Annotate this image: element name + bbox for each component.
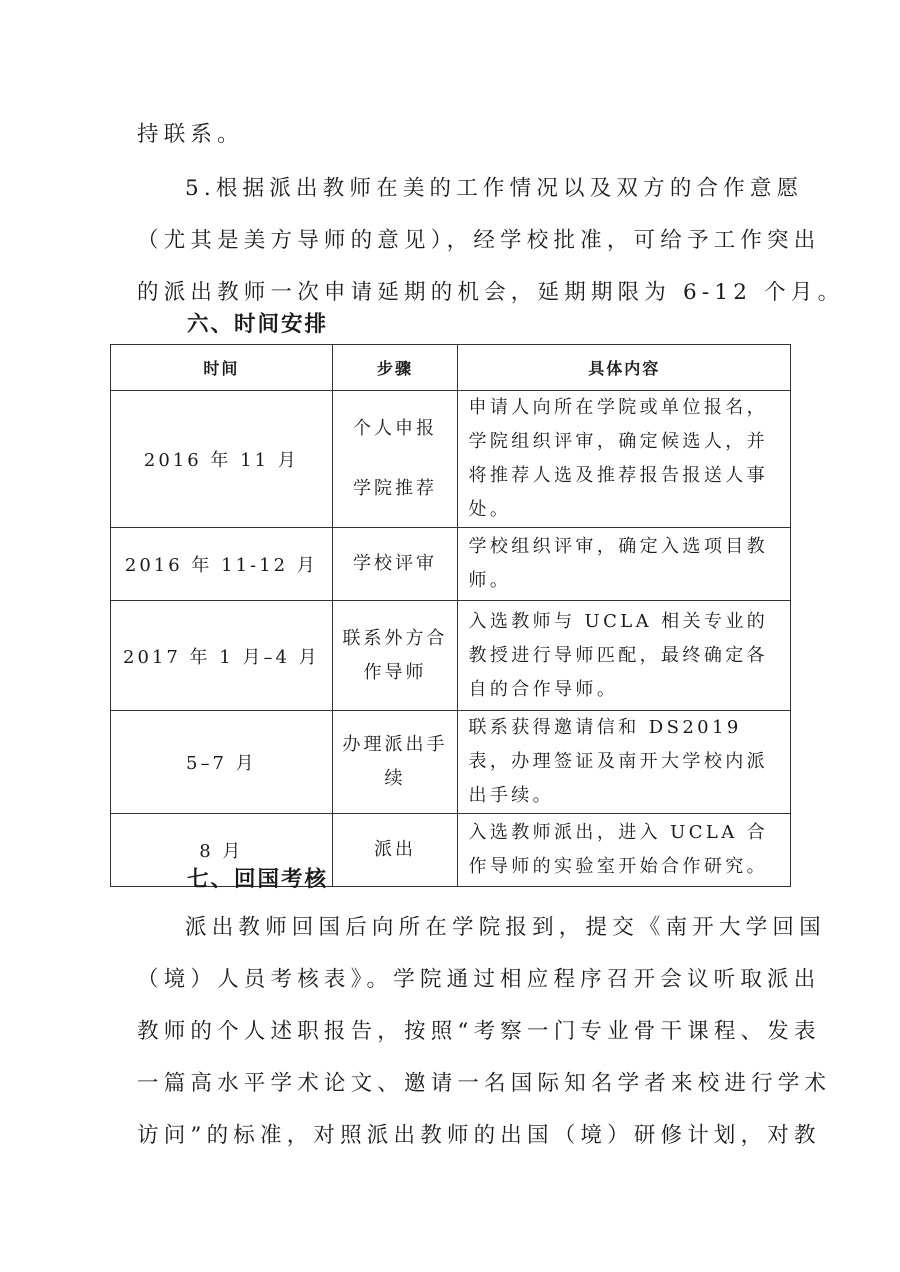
table-row: 2017 年 1 月–4 月 联系外方合 作导师 入选教师与 UCLA 相关专业… — [111, 601, 791, 711]
cell-time: 2016 年 11-12 月 — [111, 528, 333, 601]
cell-step: 联系外方合 作导师 — [332, 601, 458, 711]
schedule-table: 时间 步骤 具体内容 2016 年 11 月 个人申报 学院推荐 申请人向所在学… — [110, 344, 791, 887]
cell-time: 2016 年 11 月 — [111, 391, 333, 528]
table-header-row: 时间 步骤 具体内容 — [111, 345, 791, 391]
table-row: 2016 年 11-12 月 学校评审 学校组织评审，确定入选项目教师。 — [111, 528, 791, 601]
step-line: 联系外方合 — [333, 622, 458, 656]
cell-content: 入选教师与 UCLA 相关专业的教授进行导师匹配，最终确定各自的合作导师。 — [458, 601, 791, 711]
section-heading-return-assessment: 七、回国考核 — [187, 862, 328, 893]
paragraph-line: 5.根据派出教师在美的工作情况以及双方的合作意愿 — [185, 171, 803, 202]
cell-step: 办理派出手 续 — [332, 711, 458, 814]
paragraph-line: 派出教师回国后向所在学院报到，提交《南开大学回国 — [185, 910, 826, 941]
paragraph-line: 的派出教师一次申请延期的机会，延期期限为 6-12 个月。 — [137, 275, 844, 306]
cell-time: 5–7 月 — [111, 711, 333, 814]
step-line: 续 — [333, 762, 458, 796]
cell-content: 联系获得邀请信和 DS2019 表，办理签证及南开大学校内派出手续。 — [458, 711, 791, 814]
paragraph-line: 教师的个人述职报告，按照“考察一门专业骨干课程、发表 — [137, 1014, 821, 1045]
table-row: 2016 年 11 月 个人申报 学院推荐 申请人向所在学院或单位报名，学院组织… — [111, 391, 791, 528]
step-line: 办理派出手 — [333, 728, 458, 762]
paragraph-line: 访问”的标准，对照派出教师的出国（境）研修计划，对教 — [137, 1118, 821, 1149]
step-line: 个人申报 — [333, 399, 458, 459]
cell-time: 2017 年 1 月–4 月 — [111, 601, 333, 711]
section-heading-schedule: 六、时间安排 — [187, 307, 328, 338]
cell-step: 学校评审 — [332, 528, 458, 601]
step-line: 作导师 — [333, 656, 458, 690]
cell-step: 个人申报 学院推荐 — [332, 391, 458, 528]
cell-content: 学校组织评审，确定入选项目教师。 — [458, 528, 791, 601]
paragraph-line: （境）人员考核表》。学院通过相应程序召开会议听取派出 — [137, 962, 820, 993]
step-line: 学院推荐 — [333, 459, 458, 519]
step-line: 学校评审 — [333, 547, 458, 581]
paragraph-line: （尤其是美方导师的意见），经学校批准，可给予工作突出 — [137, 223, 820, 254]
paragraph-line: 持联系。 — [137, 117, 244, 148]
step-line: 派出 — [333, 833, 458, 867]
table-row: 5–7 月 办理派出手 续 联系获得邀请信和 DS2019 表，办理签证及南开大… — [111, 711, 791, 814]
header-step: 步骤 — [332, 345, 458, 391]
cell-step: 派出 — [332, 814, 458, 887]
paragraph-line: 一篇高水平学术论文、邀请一名国际知名学者来校进行学术 — [137, 1066, 831, 1097]
cell-content: 申请人向所在学院或单位报名，学院组织评审，确定候选人，并将推荐人选及推荐报告报送… — [458, 391, 791, 528]
cell-content: 入选教师派出，进入 UCLA 合作导师的实验室开始合作研究。 — [458, 814, 791, 887]
header-content: 具体内容 — [458, 345, 791, 391]
header-time: 时间 — [111, 345, 333, 391]
